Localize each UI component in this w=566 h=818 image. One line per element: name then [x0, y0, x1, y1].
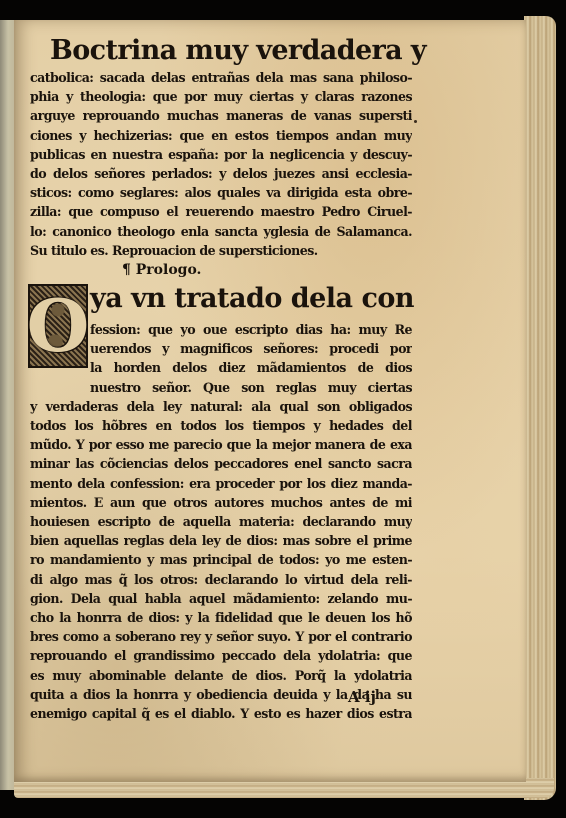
- text-line: nuestro señor. Que son reglas muy cierta…: [90, 378, 412, 397]
- intro-paragraph: catbolica: sacada delas entrañas dela ma…: [30, 68, 412, 260]
- section-heading-prologo: ¶ Prologo.: [122, 260, 412, 280]
- book-photo: Boctrina muy verdadera y catbolica: saca…: [0, 0, 566, 818]
- text-line: la horden delos diez mãdamientos de dios: [90, 358, 412, 377]
- text-line: uerendos y magnificos señores: procedi p…: [90, 339, 412, 358]
- text-line: Su titulo es. Reprouacion de supersticio…: [30, 241, 412, 260]
- first-line-text: ya vn tratado dela con: [90, 280, 414, 318]
- text-line: fession: que yo oue escripto dias ha: mu…: [90, 320, 412, 339]
- text-line: minar las cõciencias delos peccadores en…: [30, 454, 412, 473]
- page-title: Boctrina muy verdadera y: [50, 34, 412, 68]
- text-line: di algo mas q̃ los otros: declarando lo …: [30, 570, 412, 589]
- text-line: mientos. E aun que otros autores muchos …: [30, 493, 412, 512]
- text-line: bres como a soberano rey y señor suyo. Y…: [30, 627, 412, 646]
- text-line: reprouando el grandissimo peccado dela y…: [30, 646, 412, 665]
- text-line: publicas en nuestra españa: por la negli…: [30, 145, 412, 164]
- text-line: do delos señores perlados: y delos jueze…: [30, 164, 412, 183]
- ink-spot: [414, 120, 417, 123]
- text-line: zilla: que compuso el reuerendo maestro …: [30, 202, 412, 221]
- text-line: mento dela confession: era proceder por …: [30, 474, 412, 493]
- prologue-paragraph: O ya vn tratado dela con fession: que yo…: [30, 280, 412, 723]
- signature-mark: A ij: [348, 688, 376, 706]
- text-line: y verdaderas dela ley natural: ala qual …: [30, 397, 412, 416]
- text-line: gion. Dela qual habla aquel mãdamiento: …: [30, 589, 412, 608]
- text-line: ciones y hechizerias: que en estos tiemp…: [30, 126, 412, 145]
- text-line: es muy abominable delante de dios. Porq̃…: [30, 666, 412, 685]
- text-line: cho la honrra de dios: y la fidelidad qu…: [30, 608, 412, 627]
- text-line: mũdo. Y por esso me parecio que la mejor…: [30, 435, 412, 454]
- text-line: sticos: como seglares: alos quales va di…: [30, 183, 412, 202]
- text-block: Boctrina muy verdadera y catbolica: saca…: [30, 34, 412, 723]
- text-line: phia y theologia: que por muy ciertas y …: [30, 87, 412, 106]
- body-lines: y verdaderas dela ley natural: ala qual …: [30, 397, 412, 723]
- text-line: enemigo capital q̃ es el diablo. Y esto …: [30, 704, 412, 723]
- text-line: ro mandamiento y mas principal de todos:…: [30, 550, 412, 569]
- fore-edge-pages: [524, 16, 556, 800]
- text-line: arguye reprouando muchas maneras de vana…: [30, 106, 412, 125]
- text-line: lo: canonico theologo enla sancta yglesi…: [30, 222, 412, 241]
- text-line: todos los hõbres en todos los tiempos y …: [30, 416, 412, 435]
- text-line: bien aquellas reglas dela ley de dios: m…: [30, 531, 412, 550]
- text-line: catbolica: sacada delas entrañas dela ma…: [30, 68, 412, 87]
- text-line: houiesen escripto de aquella materia: de…: [30, 512, 412, 531]
- first-line: ya vn tratado dela con: [30, 280, 412, 320]
